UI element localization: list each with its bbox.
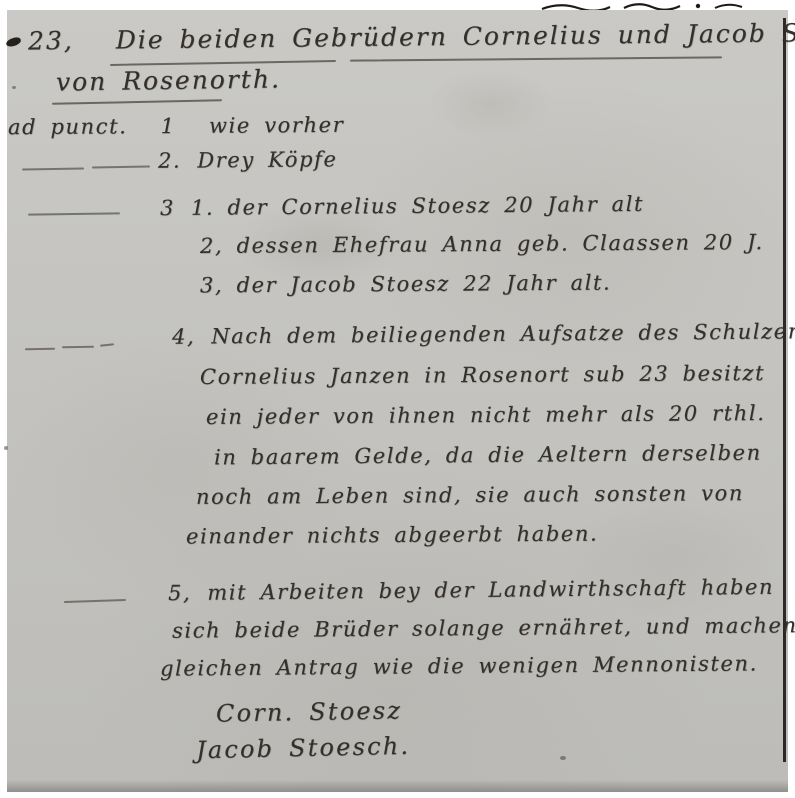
paper-speck: [560, 756, 566, 760]
body-line: 3, der Jacob Stoesz 22 Jahr alt.: [200, 271, 611, 298]
item-number: 5,: [168, 581, 192, 605]
item-text: Nach dem beiliegenden Aufsatze des Schul…: [211, 319, 795, 348]
signature: Corn. Stoesz: [216, 696, 403, 727]
body-line: ein jeder von ihnen nicht mehr als 20 rt…: [206, 401, 766, 429]
item-text: ein jeder von ihnen nicht mehr als 20 rt…: [206, 401, 766, 429]
body-line: ad punct. 1 wie vorher: [8, 113, 344, 139]
entry-subtitle: von Rosenorth.: [56, 64, 281, 96]
item-text: in baarem Gelde, da die Aeltern derselbe…: [214, 441, 762, 470]
ad-punct-label: ad punct.: [8, 114, 128, 139]
signature-name: Jacob Stoesch.: [196, 732, 411, 764]
item-number: 3: [160, 196, 175, 220]
body-line: noch am Leben sind, sie auch sonsten von: [196, 481, 744, 509]
item-text: Drey Köpfe: [197, 147, 337, 172]
item-text: Cornelius Janzen in Rosenort sub 23 besi…: [200, 361, 765, 389]
document-scan: 23,Die beiden Gebrüdern Cornelius und Ja…: [0, 0, 795, 798]
item-text: 2, dessen Ehefrau Anna geb. Claassen 20 …: [200, 230, 764, 258]
item-text: einander nichts abgeerbt haben.: [186, 522, 598, 549]
item-text: 3, der Jacob Stoesz 22 Jahr alt.: [200, 271, 611, 298]
body-line: 31. der Cornelius Stoesz 20 Jahr alt: [160, 192, 644, 220]
body-line: 2.Drey Köpfe: [158, 147, 338, 173]
item-number: 4,: [172, 325, 195, 349]
signature: Jacob Stoesch.: [196, 732, 411, 764]
signature-name: Corn. Stoesz: [216, 696, 403, 727]
item-number: 1: [161, 114, 176, 138]
scan-bottom-shadow: [7, 780, 788, 792]
paper-speck: [12, 86, 16, 89]
body-line: einander nichts abgeerbt haben.: [186, 522, 598, 549]
entry-number: 23,: [28, 26, 74, 55]
item-text: noch am Leben sind, sie auch sonsten von: [196, 481, 744, 509]
item-text: 1. der Cornelius Stoesz 20 Jahr alt: [191, 192, 644, 220]
scan-edge-line: [783, 18, 786, 762]
paper-speck: [4, 446, 8, 450]
entry-header-line2: von Rosenorth.: [56, 64, 281, 96]
body-line: Cornelius Janzen in Rosenort sub 23 besi…: [200, 361, 765, 389]
item-number: 2.: [158, 149, 181, 173]
item-text: wie vorher: [209, 113, 345, 138]
body-line: in baarem Gelde, da die Aeltern derselbe…: [214, 441, 762, 470]
body-line: 2, dessen Ehefrau Anna geb. Claassen 20 …: [200, 230, 764, 258]
